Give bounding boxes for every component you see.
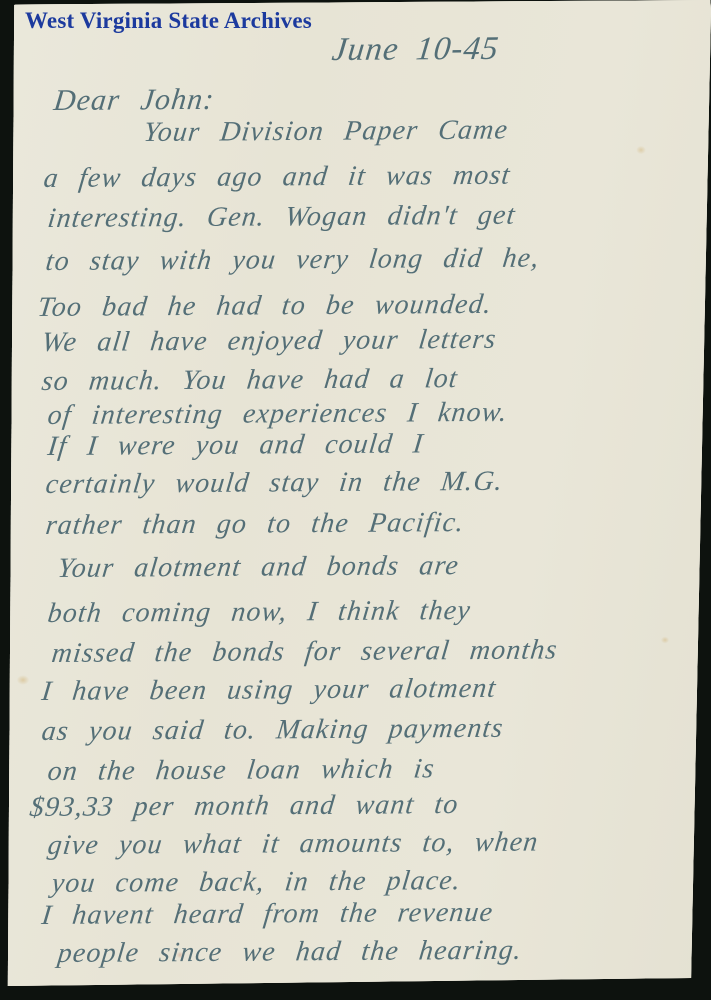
letter-line: Too bad he had to be wounded. xyxy=(36,289,494,324)
letter-line: give you what it amounts to, when xyxy=(46,827,540,862)
letter-line: you come back, in the place. xyxy=(50,865,463,900)
letter-date: June 10-45 xyxy=(330,31,501,69)
letter-line: certainly would stay in the M.G. xyxy=(44,466,505,501)
letter-line: people since we had the hearing. xyxy=(56,935,524,970)
letter-line: I havent heard from the revenue xyxy=(40,897,495,932)
letter-line: interesting. Gen. Wogan didn't get xyxy=(46,200,517,235)
letter-line: on the house loan which is xyxy=(46,753,437,788)
letter-salutation: Dear John: xyxy=(52,83,217,118)
letter-line: of interesting experiences I know. xyxy=(46,397,509,432)
scanned-letter: West Virginia State Archives June 10-45 … xyxy=(0,0,711,1000)
letter-line: $93,33 per month and want to xyxy=(28,789,460,824)
letter-line: Your alotment and bonds are xyxy=(56,550,461,585)
letter-line: I have been using your alotment xyxy=(40,673,498,708)
letter-line: rather than go to the Pacific. xyxy=(44,507,466,542)
letter-line: If I were you and could I xyxy=(46,428,425,463)
archive-watermark-label: West Virginia State Archives xyxy=(25,8,312,34)
letter-line: to stay with you very long did he, xyxy=(44,243,541,278)
letter-line: Your Division Paper Came xyxy=(142,114,510,149)
letter-line: both coming now, I think they xyxy=(46,595,473,630)
letter-line: missed the bonds for several months xyxy=(50,634,559,670)
letter-line: a few days ago and it was most xyxy=(42,160,512,195)
letter-line: so much. You have had a lot xyxy=(40,363,460,398)
letter-line: as you said to. Making payments xyxy=(40,713,505,748)
letter-line: We all have enjoyed your letters xyxy=(40,324,498,359)
